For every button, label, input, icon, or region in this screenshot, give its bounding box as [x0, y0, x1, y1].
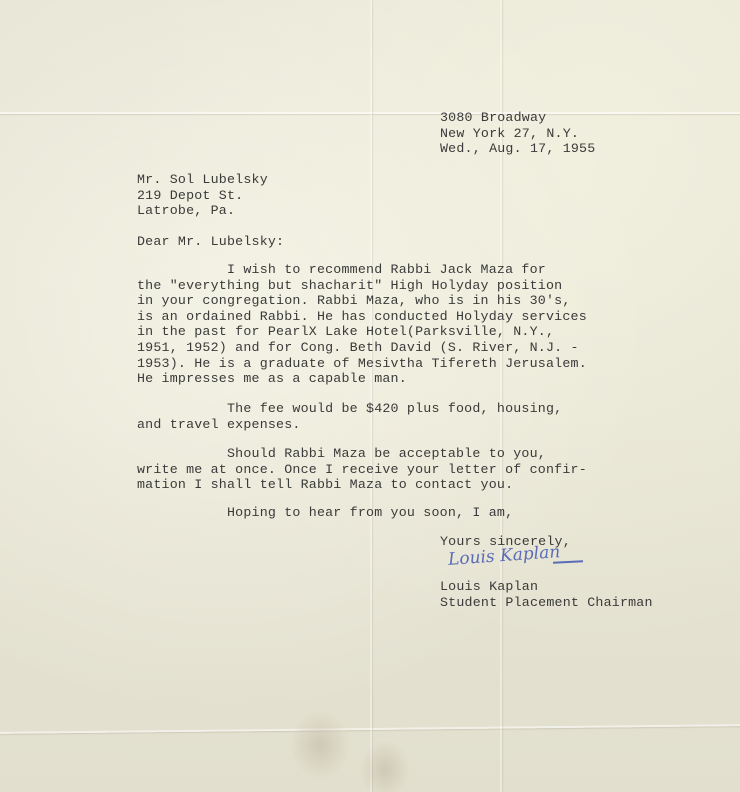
text-line: Hoping to hear from you soon, I am,: [137, 505, 513, 521]
text-line: is an ordained Rabbi. He has conducted H…: [137, 309, 587, 325]
paragraph-closing: Hoping to hear from you soon, I am,: [137, 505, 513, 521]
signer-name: Louis Kaplan: [440, 579, 653, 595]
signature-block: Louis KaplanStudent Placement Chairman: [440, 579, 653, 610]
recipient-name: Mr. Sol Lubelsky: [137, 172, 268, 188]
sender-street: 3080 Broadway: [440, 110, 595, 126]
paragraph-instructions: Should Rabbi Maza be acceptable to you,w…: [137, 446, 587, 493]
text-line: in your congregation. Rabbi Maza, who is…: [137, 293, 587, 309]
letter-date: Wed., Aug. 17, 1955: [440, 141, 595, 157]
recipient-city: Latrobe, Pa.: [137, 203, 268, 219]
sender-city: New York 27, N.Y.: [440, 126, 595, 142]
text-line: in the past for PearlX Lake Hotel(Parksv…: [137, 324, 587, 340]
text-line: 1951, 1952) and for Cong. Beth David (S.…: [137, 340, 587, 356]
recipient-street: 219 Depot St.: [137, 188, 268, 204]
text-line: He impresses me as a capable man.: [137, 371, 587, 387]
signer-title: Student Placement Chairman: [440, 595, 653, 611]
text-line: the "everything but shacharit" High Holy…: [137, 278, 587, 294]
paper-stain: [360, 740, 410, 792]
sender-address: 3080 BroadwayNew York 27, N.Y.Wed., Aug.…: [440, 110, 595, 157]
text-line: mation I shall tell Rabbi Maza to contac…: [137, 477, 587, 493]
text-line: write me at once. Once I receive your le…: [137, 462, 587, 478]
recipient-address: Mr. Sol Lubelsky219 Depot St.Latrobe, Pa…: [137, 172, 268, 219]
paper-fold: [370, 0, 372, 792]
paragraph-fee: The fee would be $420 plus food, housing…: [137, 401, 562, 432]
paper-stain: [290, 710, 350, 780]
text-line: I wish to recommend Rabbi Jack Maza for: [137, 262, 587, 278]
paragraph-recommendation: I wish to recommend Rabbi Jack Maza fort…: [137, 262, 587, 387]
letter-page: 3080 BroadwayNew York 27, N.Y.Wed., Aug.…: [0, 0, 740, 792]
signature-flourish: [553, 560, 583, 563]
text-line: Should Rabbi Maza be acceptable to you,: [137, 446, 587, 462]
salutation: Dear Mr. Lubelsky:: [137, 234, 284, 250]
text-line: The fee would be $420 plus food, housing…: [137, 401, 562, 417]
text-line: 1953). He is a graduate of Mesivtha Tife…: [137, 356, 587, 372]
text-line: and travel expenses.: [137, 417, 562, 433]
